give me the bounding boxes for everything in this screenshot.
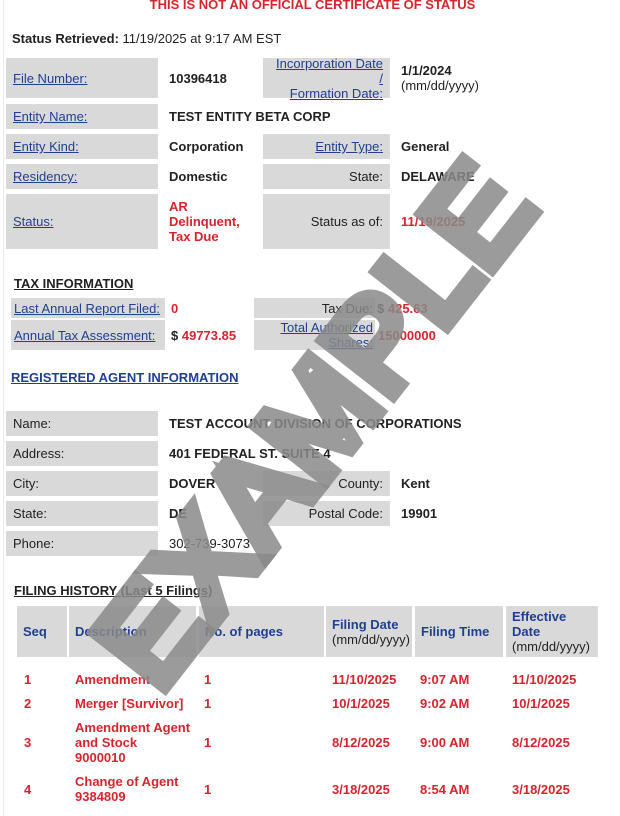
filing-row-seq: 1 bbox=[24, 672, 31, 687]
residency-label-cell: Residency: bbox=[6, 164, 158, 189]
last-annual-report-link[interactable]: Last Annual Report Filed: bbox=[14, 301, 160, 316]
entity-kind-value: Corporation bbox=[159, 134, 259, 159]
filing-row-filing-time: 8:54 AM bbox=[420, 782, 469, 797]
filing-row-filing-date: 11/10/2025 bbox=[332, 672, 396, 687]
filing-row-description: Change of Agent9384809 bbox=[75, 774, 179, 804]
filing-row-filing-date: 10/1/2025 bbox=[332, 696, 390, 711]
status-as-of-label: Status as of: bbox=[263, 194, 390, 249]
entity-name-value: TEST ENTITY BETA CORP bbox=[159, 104, 559, 129]
column-header-filing-date[interactable]: Filing Date(mm/dd/yyyy) bbox=[326, 606, 412, 657]
column-header-filing-time[interactable]: Filing Time bbox=[415, 606, 503, 657]
filing-row-pages: 1 bbox=[204, 782, 211, 797]
residency-value: Domestic bbox=[159, 164, 259, 189]
tax-due-value: $ 425.63 bbox=[375, 298, 525, 318]
agent-address-value: 401 FEDERAL ST. SUITE 4 bbox=[159, 441, 579, 466]
tax-due-label: Tax Due: bbox=[254, 298, 375, 318]
entity-type-link[interactable]: Entity Type: bbox=[315, 139, 383, 154]
filing-row-description: Amendment bbox=[75, 672, 150, 687]
column-header-effective-date[interactable]: EffectiveDate(mm/dd/yyyy) bbox=[506, 606, 598, 657]
incorporation-date-label-cell: Incorporation Date /Formation Date: bbox=[263, 58, 390, 98]
annual-tax-assessment-link[interactable]: Annual Tax Assessment: bbox=[14, 328, 155, 343]
incorporation-date-link[interactable]: Incorporation Date /Formation Date: bbox=[270, 56, 383, 101]
incorporation-date-value: 1/1/2024(mm/dd/yyyy) bbox=[391, 58, 591, 98]
registered-agent-title[interactable]: REGISTERED AGENT INFORMATION bbox=[11, 370, 239, 385]
agent-postal-code-label: Postal Code: bbox=[263, 501, 390, 526]
filing-row-pages: 1 bbox=[204, 672, 211, 687]
filing-row-seq: 2 bbox=[24, 696, 31, 711]
entity-kind-link[interactable]: Entity Kind: bbox=[13, 139, 79, 154]
last-annual-report-value: 0 bbox=[165, 298, 245, 318]
status-page: THIS IS NOT AN OFFICIAL CERTIFICATE OF S… bbox=[3, 0, 620, 816]
filing-row-seq: 4 bbox=[24, 782, 31, 797]
filing-row-effective-date: 8/12/2025 bbox=[512, 735, 570, 750]
agent-address-label: Address: bbox=[6, 441, 158, 466]
file-number-value: 10396418 bbox=[159, 58, 259, 98]
filing-row-filing-date: 8/12/2025 bbox=[332, 735, 390, 750]
last-annual-report-label-cell: Last Annual Report Filed: bbox=[11, 298, 165, 318]
unofficial-banner: THIS IS NOT AN OFFICIAL CERTIFICATE OF S… bbox=[4, 0, 620, 12]
entity-type-label-cell: Entity Type: bbox=[263, 134, 390, 159]
state-value: DELAWARE bbox=[391, 164, 591, 189]
filing-row-seq: 3 bbox=[24, 735, 31, 750]
agent-state-value: DE bbox=[159, 501, 259, 526]
column-header-pages[interactable]: No. of pages bbox=[199, 606, 324, 657]
filing-row-description: Merger [Survivor] bbox=[75, 696, 183, 711]
filing-row-filing-time: 9:02 AM bbox=[420, 696, 469, 711]
agent-name-label: Name: bbox=[6, 411, 158, 436]
agent-city-value: DOVER bbox=[159, 471, 259, 496]
filing-row-filing-time: 9:07 AM bbox=[420, 672, 469, 687]
entity-type-value: General bbox=[391, 134, 591, 159]
column-header-seq[interactable]: Seq bbox=[17, 606, 67, 657]
file-number-label-cell: File Number: bbox=[6, 58, 158, 98]
entity-name-link[interactable]: Entity Name: bbox=[13, 109, 87, 124]
status-label-cell: Status: bbox=[6, 194, 158, 249]
entity-name-label-cell: Entity Name: bbox=[6, 104, 158, 129]
state-label: State: bbox=[263, 164, 390, 189]
filing-row-description: Amendment Agentand Stock9000010 bbox=[75, 720, 190, 765]
agent-state-label: State: bbox=[6, 501, 158, 526]
filing-row-effective-date: 11/10/2025 bbox=[512, 672, 576, 687]
agent-name-value: TEST ACCOUNT DIVISION OF CORPORATIONS bbox=[159, 411, 579, 436]
agent-phone-value: 302-739-3073 bbox=[159, 531, 359, 556]
status-retrieved-label: Status Retrieved: bbox=[12, 31, 119, 46]
status-retrieved-value: 11/19/2025 at 9:17 AM EST bbox=[123, 31, 282, 46]
status-value: ARDelinquent,Tax Due bbox=[159, 194, 259, 249]
total-authorized-shares-label-cell: Total AuthorizedShares: bbox=[254, 320, 375, 350]
filing-row-pages: 1 bbox=[204, 696, 211, 711]
residency-link[interactable]: Residency: bbox=[13, 169, 77, 184]
tax-information-title: TAX INFORMATION bbox=[14, 276, 133, 291]
filing-row-filing-date: 3/18/2025 bbox=[332, 782, 390, 797]
status-as-of-value: 11/19/2025 bbox=[391, 194, 591, 249]
filing-row-effective-date: 10/1/2025 bbox=[512, 696, 570, 711]
total-authorized-shares-value: 15000000 bbox=[375, 320, 525, 350]
entity-kind-label-cell: Entity Kind: bbox=[6, 134, 158, 159]
annual-tax-assessment-label-cell: Annual Tax Assessment: bbox=[11, 320, 165, 350]
status-link[interactable]: Status: bbox=[13, 214, 53, 229]
agent-county-value: Kent bbox=[391, 471, 591, 496]
file-number-link[interactable]: File Number: bbox=[13, 71, 87, 86]
agent-phone-label: Phone: bbox=[6, 531, 158, 556]
total-authorized-shares-link[interactable]: Total AuthorizedShares: bbox=[280, 320, 373, 350]
agent-county-label: County: bbox=[263, 471, 390, 496]
agent-city-label: City: bbox=[6, 471, 158, 496]
filing-history-title: FILING HISTORY (Last 5 Filings) bbox=[14, 583, 212, 598]
filing-row-filing-time: 9:00 AM bbox=[420, 735, 469, 750]
filing-row-pages: 1 bbox=[204, 735, 211, 750]
column-header-description[interactable]: Description bbox=[69, 606, 196, 657]
status-retrieved: Status Retrieved: 11/19/2025 at 9:17 AM … bbox=[12, 31, 281, 46]
annual-tax-assessment-value: $ 49773.85 bbox=[165, 320, 255, 350]
agent-postal-code-value: 19901 bbox=[391, 501, 591, 526]
filing-row-effective-date: 3/18/2025 bbox=[512, 782, 570, 797]
